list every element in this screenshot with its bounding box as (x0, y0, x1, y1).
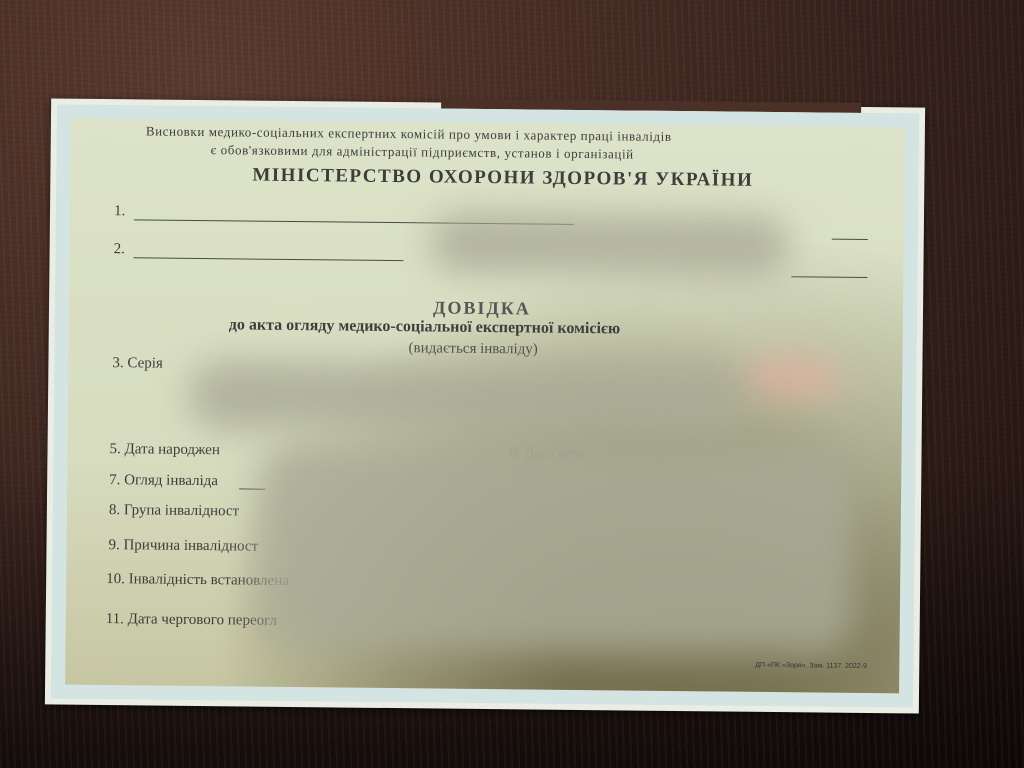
redacted-institution (429, 212, 790, 276)
document-subtitle-note: (видається інваліду) (409, 340, 538, 358)
field-9-disability-cause: 9. Причина інвалідност (108, 537, 258, 556)
certificate-paper: Висновки медико-соціальних експертних ко… (45, 98, 925, 713)
redacted-personal-data (255, 441, 857, 657)
field-3-series: 3. Серія (112, 355, 163, 373)
field-1-line-right (832, 239, 868, 240)
field-11-next-review-date: 11. Дата чергового переогл (106, 611, 277, 630)
document-title: ДОВІДКА (433, 297, 531, 319)
paper-body: Висновки медико-соціальних експертних ко… (65, 119, 905, 694)
header-note-line2: є обов'язковими для адміністрації підпри… (211, 142, 634, 162)
field-5-birth-date: 5. Дата народжен (109, 441, 220, 459)
document-subtitle: до акта огляду медико-соціальної експерт… (229, 316, 620, 338)
redacted-stamp (748, 362, 838, 393)
field-2-line-right (791, 276, 867, 278)
field-2-label: 2. (114, 241, 125, 258)
ministry-name: МІНІСТЕРСТВО ОХОРОНИ ЗДОРОВ'Я УКРАЇНИ (252, 165, 753, 192)
redacted-series-number (188, 360, 749, 436)
footer-print-code: ДП «ПК «Зоря». Зам. 1137. 2022-9 (755, 662, 867, 670)
field-1-label: 1. (114, 203, 125, 220)
field-2-line (134, 257, 404, 261)
field-7-examination: 7. Огляд інваліда (109, 472, 218, 490)
field-8-disability-group: 8. Група інвалідност (109, 502, 239, 520)
